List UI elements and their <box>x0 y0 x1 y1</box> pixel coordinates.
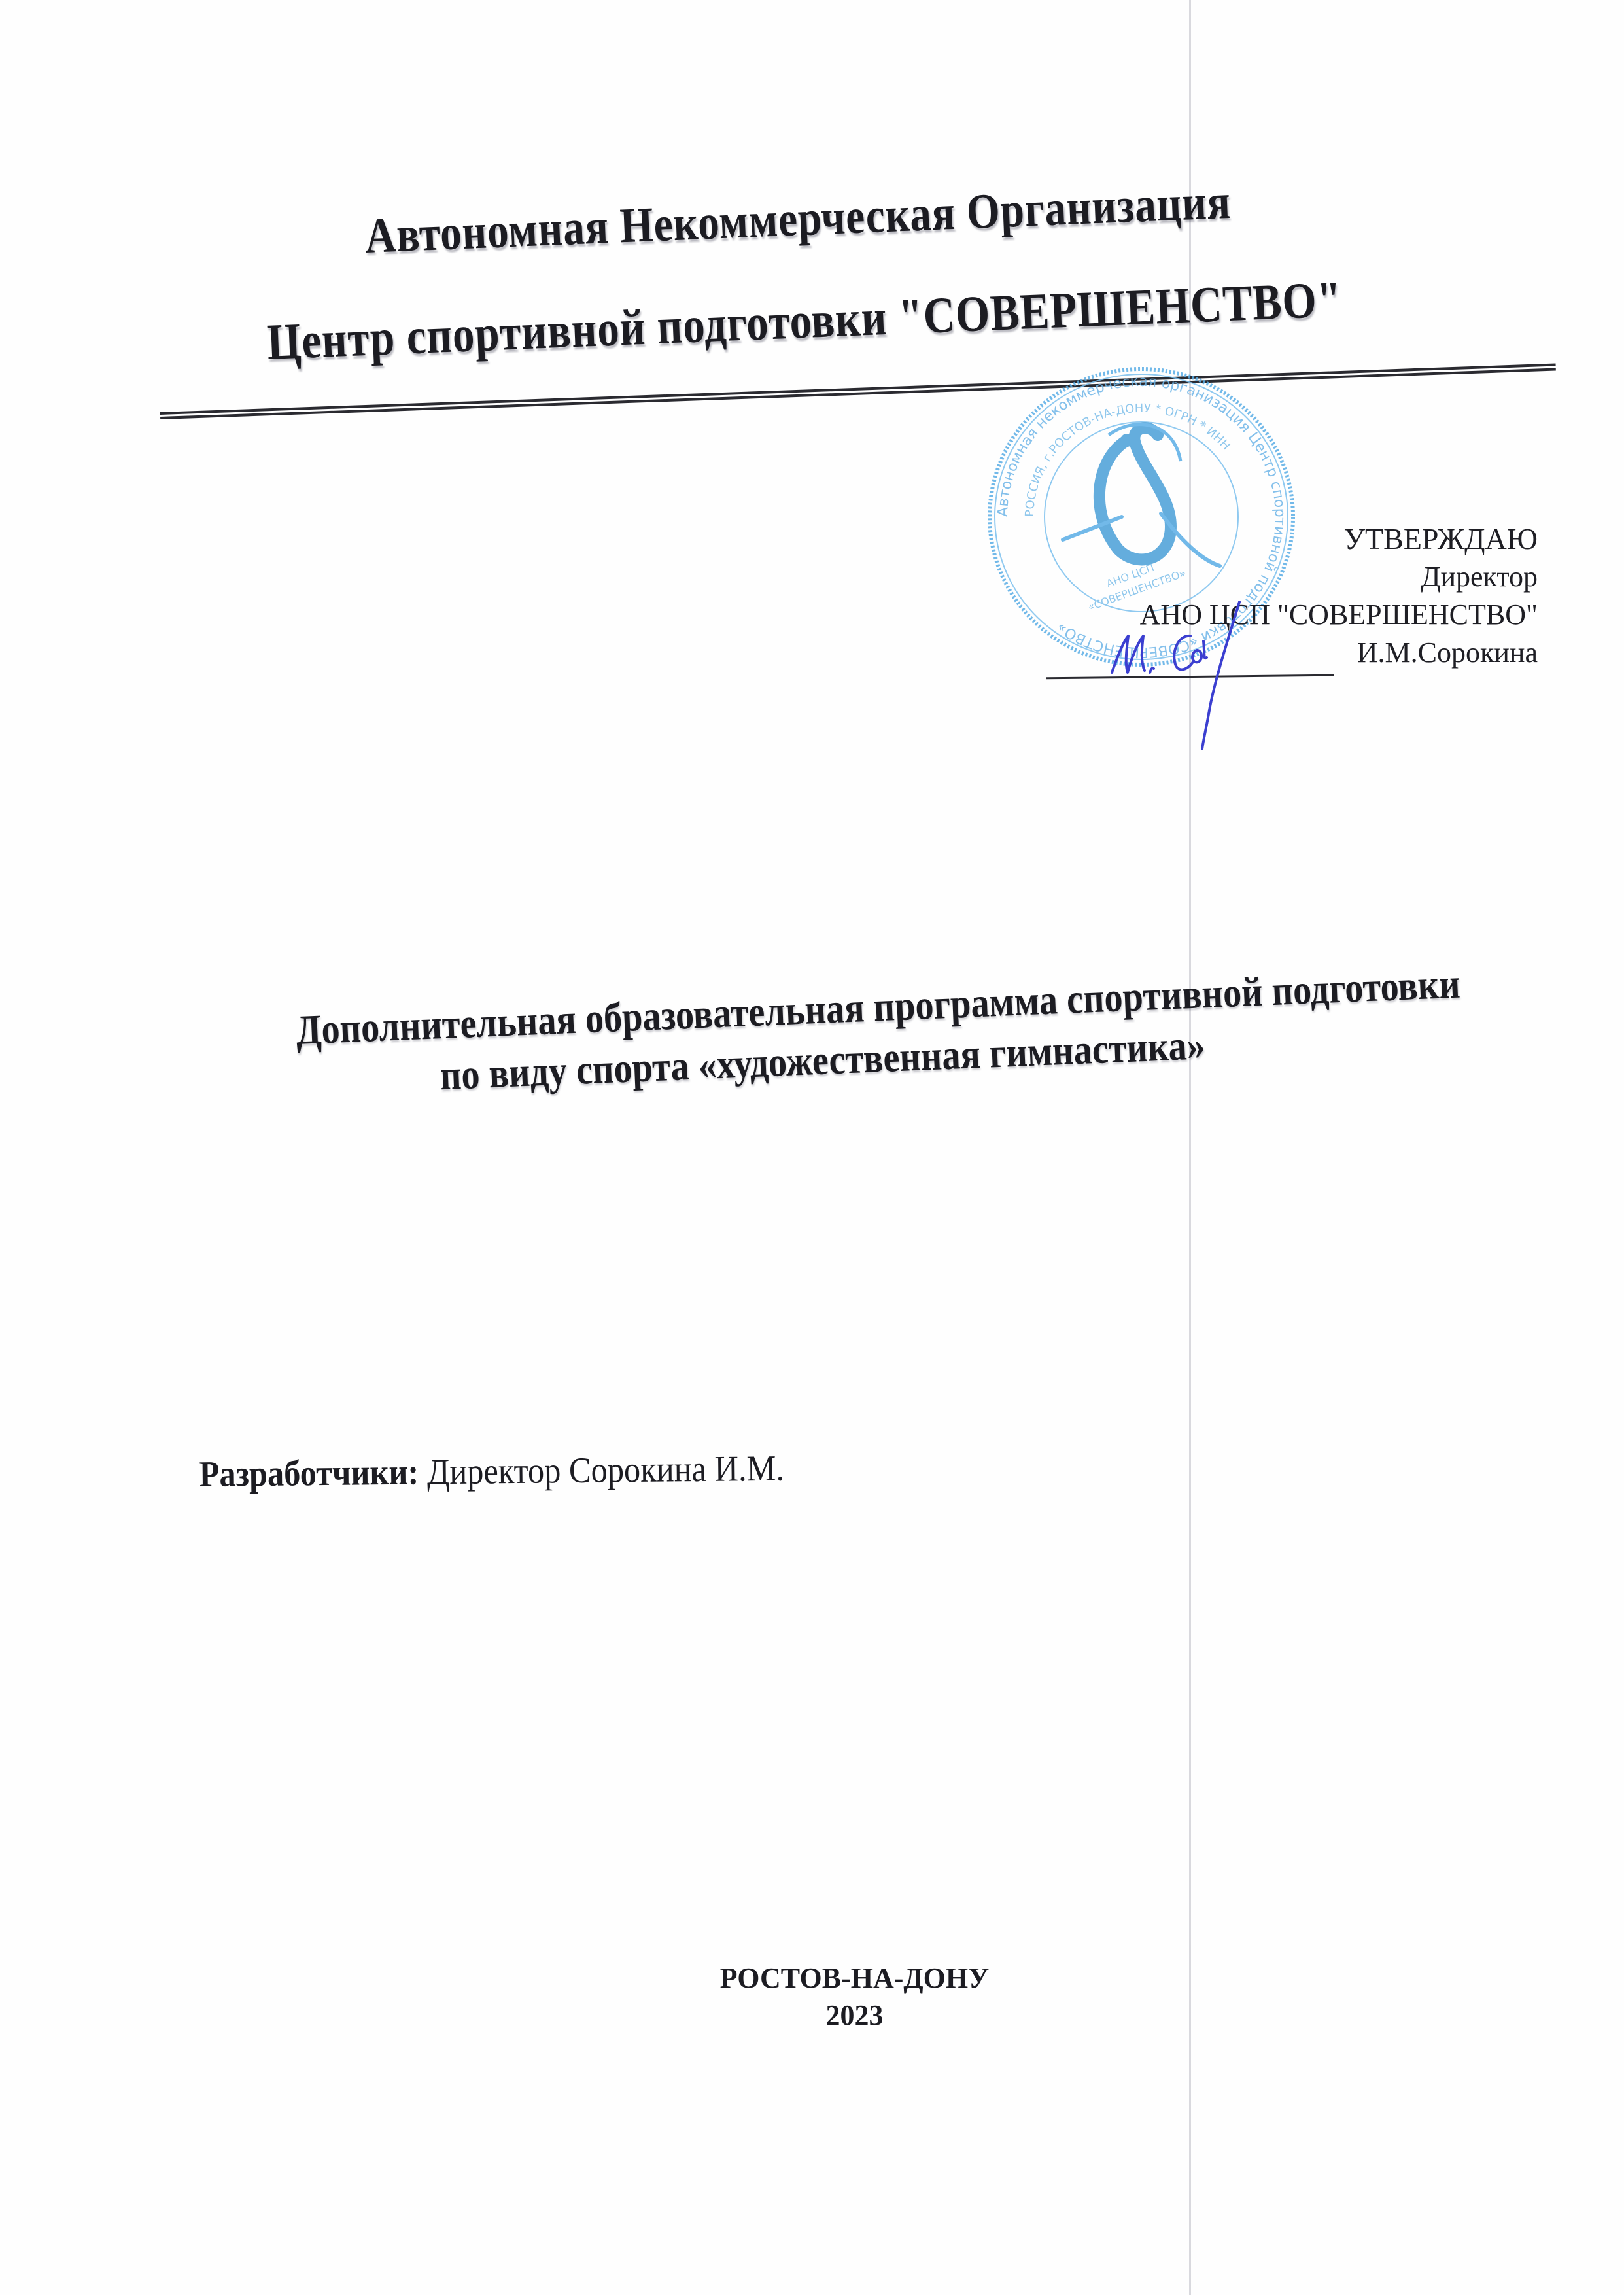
city: РОСТОВ-НА-ДОНУ <box>0 1961 1624 1995</box>
developers-line: Разработчики: Директор Сорокина И.М. <box>199 1448 784 1496</box>
organization-title-line2: Центр спортивной подготовки "СОВЕРШЕНСТВ… <box>266 270 1343 372</box>
document-page: Автономная Некоммерческая Организация Це… <box>0 0 1624 2295</box>
developers-value: Директор Сорокина И.М. <box>427 1448 785 1493</box>
scan-artifact-line <box>1189 0 1191 2295</box>
approval-position: Директор <box>1140 558 1538 596</box>
year: 2023 <box>0 1999 1624 2032</box>
approval-title: УТВЕРЖДАЮ <box>1140 520 1538 558</box>
organization-title-line1: Автономная Некоммерческая Организация <box>364 173 1232 265</box>
developers-label: Разработчики: <box>199 1452 419 1495</box>
handwritten-signature-icon <box>1105 595 1275 752</box>
header-double-rule <box>160 363 1556 420</box>
program-title: Дополнительная образовательная программа… <box>105 955 1538 1115</box>
